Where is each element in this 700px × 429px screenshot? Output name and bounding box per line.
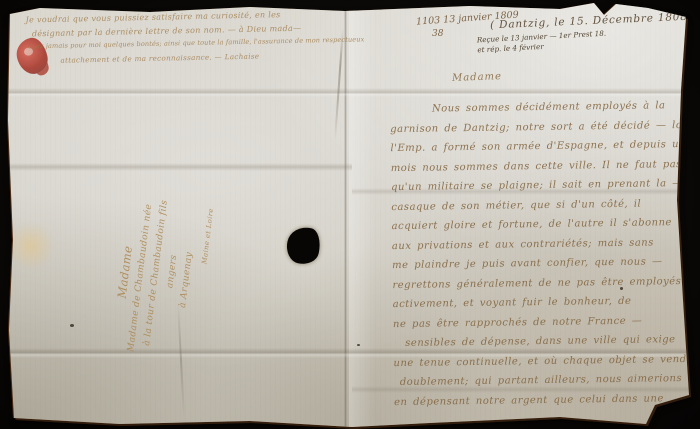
letter-paper: 9bre Je voudrai que vous puissiez satisf… — [0, 0, 700, 429]
center-fold-highlight — [349, 0, 375, 429]
paper-hole — [284, 224, 324, 267]
seal-stain — [9, 220, 53, 272]
letter-paper-wrapper: 9bre Je voudrai que vous puissiez satisf… — [0, 0, 700, 429]
closing-block: Je voudrai que vous puissiez satisfaire … — [25, 7, 356, 68]
ink-speck — [70, 324, 74, 327]
docket-note: Reçue le 13 janvier — 1er Prest 18. et r… — [477, 29, 607, 55]
address-block: MadameMadame de Chambaudoin néeà la tour… — [108, 145, 225, 361]
center-fold-crease — [344, 0, 347, 429]
dateline: ( Dantzig, le 15. Décembre 1808, — [490, 11, 692, 32]
ink-speck — [357, 344, 360, 346]
photo-backdrop: 9bre Je voudrai que vous puissiez satisf… — [0, 0, 700, 429]
archive-note-number: 38 — [432, 29, 443, 39]
letter-body: Nous sommes décidément employés à lagarn… — [390, 96, 694, 412]
fold-crease-top — [0, 88, 700, 97]
salutation: Madame — [452, 71, 502, 84]
body-line: en dépensant notre argent que celui dans… — [394, 388, 694, 412]
